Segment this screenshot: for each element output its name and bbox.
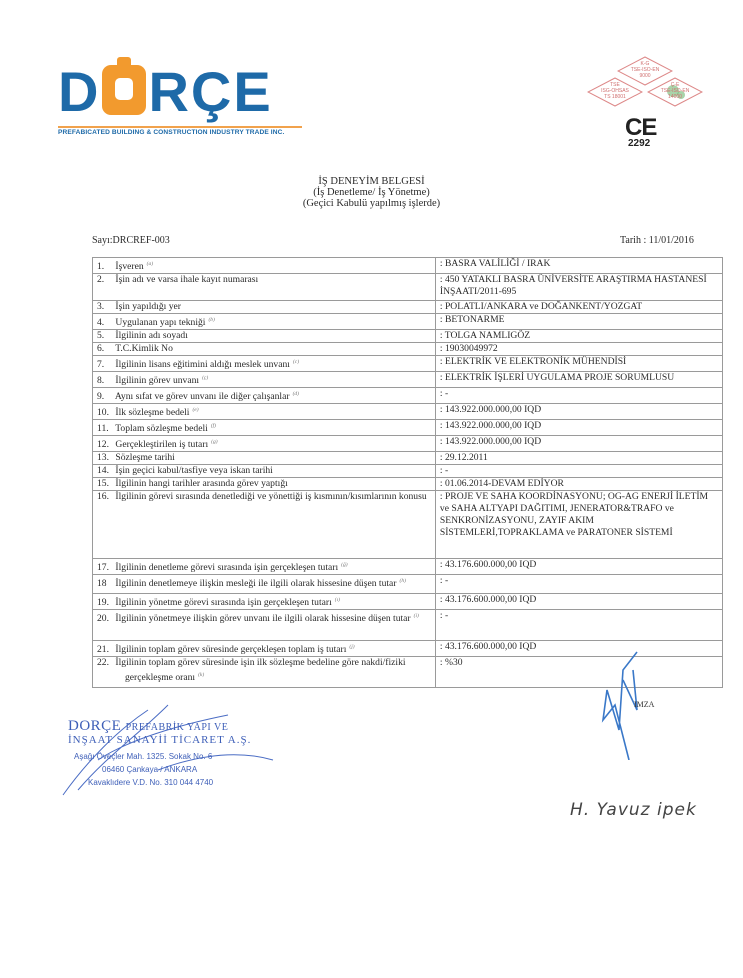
row-value: : -	[435, 388, 722, 404]
experience-table: 1. İşveren(a): BASRA VALİLİĞİ / IRAK2. İ…	[92, 257, 723, 688]
row-label: 5. İlgilinin adı soyadı	[93, 330, 436, 343]
row-value: : -	[435, 610, 722, 641]
row-label-text: T.C.Kimlik No	[115, 343, 173, 354]
row-label: 2. İşin adı ve varsa ihale kayıt numaras…	[93, 274, 436, 301]
row-label-text: İşin adı ve varsa ihale kayıt numarası	[115, 274, 258, 285]
row-label-text: Aynı sıfat ve görev unvanı ile diğer çal…	[115, 391, 290, 402]
footnote-marker: (f)	[211, 423, 216, 429]
table-row: 2. İşin adı ve varsa ihale kayıt numaras…	[93, 274, 723, 301]
table-row: 9. Aynı sıfat ve görev unvanı ile diğer …	[93, 388, 723, 404]
row-label-text: İlgilinin görevi sırasında denetlediği v…	[115, 491, 426, 502]
table-row: 20. İlgilinin yönetmeye ilişkin görev un…	[93, 610, 723, 641]
row-label: 1. İşveren(a)	[93, 258, 436, 274]
row-label: 16. İlgilinin görevi sırasında denetledi…	[93, 491, 436, 559]
row-number: 8.	[97, 375, 113, 387]
row-label: 18 İlgilinin denetlemeye ilişkin mesleği…	[93, 575, 436, 594]
footnote-marker: (b)	[208, 317, 214, 323]
row-number: 15.	[97, 478, 113, 490]
row-number: 12.	[97, 439, 113, 451]
row-label: 22. İlgilinin toplam görev süresinde işi…	[93, 657, 436, 688]
row-label: 10. İlk sözleşme bedeli(e)	[93, 404, 436, 420]
row-label: 9. Aynı sıfat ve görev unvanı ile diğer …	[93, 388, 436, 404]
row-label: 14. İşin geçici kabul/tasfiye veya iskan…	[93, 465, 436, 478]
row-label-text: İlgilinin toplam görev süresinde işin il…	[115, 657, 405, 668]
row-label-text-2: gerçekleşme oranı(k)	[97, 669, 431, 684]
row-label-text: Gerçekleştirilen iş tutarı	[115, 439, 208, 450]
row-label: 3. İşin yapıldığı yer	[93, 301, 436, 314]
row-value: : 29.12.2011	[435, 452, 722, 465]
row-label: 6. T.C.Kimlik No	[93, 343, 436, 356]
house-icon	[102, 65, 146, 115]
stamp-tax-office: Kavaklıdere V.D. No. 310 044 4740	[88, 778, 213, 787]
row-number: 17.	[97, 562, 113, 574]
row-label: 4. Uygulanan yapı tekniği(b)	[93, 314, 436, 330]
row-value: : -	[435, 575, 722, 594]
table-row: 3. İşin yapıldığı yer: POLATLI/ANKARA ve…	[93, 301, 723, 314]
footnote-marker: (j)	[349, 644, 354, 650]
logo-tagline: PREFABICATED BUILDING & CONSTRUCTION IND…	[58, 129, 284, 136]
row-number: 2.	[97, 274, 113, 286]
row-number: 16.	[97, 491, 113, 503]
table-row: 10. İlk sözleşme bedeli(e): 143.922.000.…	[93, 404, 723, 420]
row-value: : TOLGA NAMLIGÖZ	[435, 330, 722, 343]
stamp-city: 06460 Çankaya / ANKARA	[102, 765, 197, 774]
handwritten-name: H. Yavuz ipek	[570, 800, 697, 820]
row-label: 11. Toplam sözleşme bedeli(f)	[93, 420, 436, 436]
table-row: 16. İlgilinin görevi sırasında denetledi…	[93, 491, 723, 559]
row-label-text: İlgilinin yönetmeye ilişkin görev unvanı…	[115, 613, 410, 624]
reference-number: Sayı:DRCREF-003	[92, 235, 170, 246]
document-title: İŞ DENEYİM BELGESİ	[0, 176, 743, 187]
row-value: : 43.176.600.000,00 IQD	[435, 594, 722, 610]
row-number: 22.	[97, 657, 113, 669]
table-row: 5. İlgilinin adı soyadı: TOLGA NAMLIGÖZ	[93, 330, 723, 343]
row-label-text: İşin yapıldığı yer	[115, 301, 181, 312]
row-label: 21. İlgilinin toplam görev süresinde ger…	[93, 641, 436, 657]
row-label-text: İlgilinin lisans eğitimini aldığı meslek…	[115, 359, 290, 370]
footnote-marker: (i)	[414, 613, 419, 619]
row-number: 14.	[97, 465, 113, 477]
footnote-marker: (ğ)	[341, 562, 347, 568]
row-number: 9.	[97, 391, 113, 403]
footnote-marker: (ı)	[335, 597, 340, 603]
row-label: 17. İlgilinin denetleme görevi sırasında…	[93, 559, 436, 575]
table-row: 1. İşveren(a): BASRA VALİLİĞİ / IRAK	[93, 258, 723, 274]
table-row: 17. İlgilinin denetleme görevi sırasında…	[93, 559, 723, 575]
row-number: 13.	[97, 452, 113, 464]
footnote-marker: (k)	[198, 672, 204, 678]
table-row: 15. İlgilinin hangi tarihler arasında gö…	[93, 478, 723, 491]
certification-marks: K-G TSE-ISO-EN 9000 TSE ISG-OHSAS TS 180…	[575, 52, 715, 157]
row-label-text: İlgilinin hangi tarihler arasında görev …	[115, 478, 287, 489]
row-value: : ELEKTRİK VE ELEKTRONİK MÜHENDİSİ	[435, 356, 722, 372]
row-label-text: İlk sözleşme bedeli	[115, 407, 189, 418]
row-number: 18	[97, 578, 113, 590]
logo-underline	[58, 126, 302, 128]
row-label: 12. Gerçekleştirilen iş tutarı(g)	[93, 436, 436, 452]
footnote-marker: (d)	[293, 391, 299, 397]
row-label-text: Uygulanan yapı tekniği	[115, 317, 205, 328]
row-number: 20.	[97, 613, 113, 625]
row-value: : 143.922.000.000,00 IQD	[435, 436, 722, 452]
row-value: : POLATLI/ANKARA ve DOĞANKENT/YOZGAT	[435, 301, 722, 314]
row-label-text: İşveren	[115, 261, 143, 272]
row-number: 21.	[97, 644, 113, 656]
row-value: : BASRA VALİLİĞİ / IRAK	[435, 258, 722, 274]
row-value: : 450 YATAKLI BASRA ÜNİVERSİTE ARAŞTIRMA…	[435, 274, 722, 301]
row-label: 7. İlgilinin lisans eğitimini aldığı mes…	[93, 356, 436, 372]
table-row: 18 İlgilinin denetlemeye ilişkin mesleği…	[93, 575, 723, 594]
row-value: : ELEKTRİK İŞLERİ UYGULAMA PROJE SORUMLU…	[435, 372, 722, 388]
document-subtitle-2: (Geçici Kabulü yapılmış işlerde)	[0, 198, 743, 209]
row-label-text: İlgilinin toplam görev süresinde gerçekl…	[115, 644, 346, 655]
row-number: 19.	[97, 597, 113, 609]
row-label-text: İlgilinin denetleme görevi sırasında işi…	[115, 562, 338, 573]
table-row: 19. İlgilinin yönetme görevi sırasında i…	[93, 594, 723, 610]
row-value: : -	[435, 465, 722, 478]
row-label-text: İşin geçici kabul/tasfiye veya iskan tar…	[115, 465, 272, 476]
row-label: 20. İlgilinin yönetmeye ilişkin görev un…	[93, 610, 436, 641]
footnote-marker: (e)	[192, 407, 198, 413]
footnote-marker: (ç)	[202, 375, 208, 381]
row-label-text: Sözleşme tarihi	[115, 452, 174, 463]
row-label-text: İlgilinin yönetme görevi sırasında işin …	[115, 597, 331, 608]
row-number: 5.	[97, 330, 113, 342]
ce-number: 2292	[628, 138, 650, 149]
footnote-marker: (c)	[293, 359, 299, 365]
table-row: 13. Sözleşme tarihi: 29.12.2011	[93, 452, 723, 465]
stamp-company-line-2: İNŞAAT SANAYİİ TİCARET A.Ş.	[68, 734, 251, 746]
row-label-text: Toplam sözleşme bedeli	[115, 423, 208, 434]
table-row: 7. İlgilinin lisans eğitimini aldığı mes…	[93, 356, 723, 372]
cert-iso14000-badge: Ç-E TSE-ISO-EN 14000	[647, 77, 703, 107]
row-label-text: İlgilinin adı soyadı	[115, 330, 187, 341]
row-number: 6.	[97, 343, 113, 355]
row-value: : 143.922.000.000,00 IQD	[435, 420, 722, 436]
row-number: 11.	[97, 423, 113, 435]
cert-ohsas-badge: TSE ISG-OHSAS TS 18001	[587, 77, 643, 107]
footnote-marker: (g)	[211, 439, 217, 445]
table-row: 8. İlgilinin görev unvanı(ç): ELEKTRİK İ…	[93, 372, 723, 388]
signature-label: IMZA	[634, 700, 654, 709]
table-row: 6. T.C.Kimlik No: 19030049972	[93, 343, 723, 356]
row-value: : 43.176.600.000,00 IQD	[435, 641, 722, 657]
row-value: : 01.06.2014-DEVAM EDİYOR	[435, 478, 722, 491]
table-row: 14. İşin geçici kabul/tasfiye veya iskan…	[93, 465, 723, 478]
company-stamp: DORÇE PREFABRİK YAPI VE İNŞAAT SANAYİİ T…	[58, 700, 288, 800]
row-label: 13. Sözleşme tarihi	[93, 452, 436, 465]
row-label: 15. İlgilinin hangi tarihler arasında gö…	[93, 478, 436, 491]
row-number: 1.	[97, 261, 113, 273]
row-label: 8. İlgilinin görev unvanı(ç)	[93, 372, 436, 388]
stamp-address: Aşağı Öveçler Mah. 1325. Sokak No. 6	[74, 752, 212, 761]
stamp-company-line: DORÇE PREFABRİK YAPI VE	[68, 718, 228, 735]
footnote-marker: (a)	[147, 261, 153, 267]
row-value: : 143.922.000.000,00 IQD	[435, 404, 722, 420]
table-row: 4. Uygulanan yapı tekniği(b): BETONARME	[93, 314, 723, 330]
table-row: 11. Toplam sözleşme bedeli(f): 143.922.0…	[93, 420, 723, 436]
row-label-text: İlgilinin görev unvanı	[115, 375, 199, 386]
footnote-marker: (h)	[400, 578, 406, 584]
row-value: : %30	[435, 657, 722, 688]
company-logo: DRÇE PREFABICATED BUILDING & CONSTRUCTIO…	[58, 62, 308, 140]
document-subtitle-1: (İş Denetleme/ İş Yönetme)	[0, 187, 743, 198]
document-title-block: İŞ DENEYİM BELGESİ (İş Denetleme/ İş Yön…	[0, 176, 743, 209]
logo-wordmark: DRÇE	[58, 62, 273, 122]
row-value: : PROJE VE SAHA KOORDİNASYONU; OG-AG ENE…	[435, 491, 722, 559]
row-value: : BETONARME	[435, 314, 722, 330]
table-row: 12. Gerçekleştirilen iş tutarı(g): 143.9…	[93, 436, 723, 452]
document-date: Tarih : 11/01/2016	[620, 235, 694, 246]
row-number: 10.	[97, 407, 113, 419]
row-label-text: İlgilinin denetlemeye ilişkin mesleği il…	[115, 578, 396, 589]
row-value: : 19030049972	[435, 343, 722, 356]
row-label: 19. İlgilinin yönetme görevi sırasında i…	[93, 594, 436, 610]
row-number: 3.	[97, 301, 113, 313]
row-value: : 43.176.600.000,00 IQD	[435, 559, 722, 575]
row-number: 4.	[97, 317, 113, 329]
row-number: 7.	[97, 359, 113, 371]
